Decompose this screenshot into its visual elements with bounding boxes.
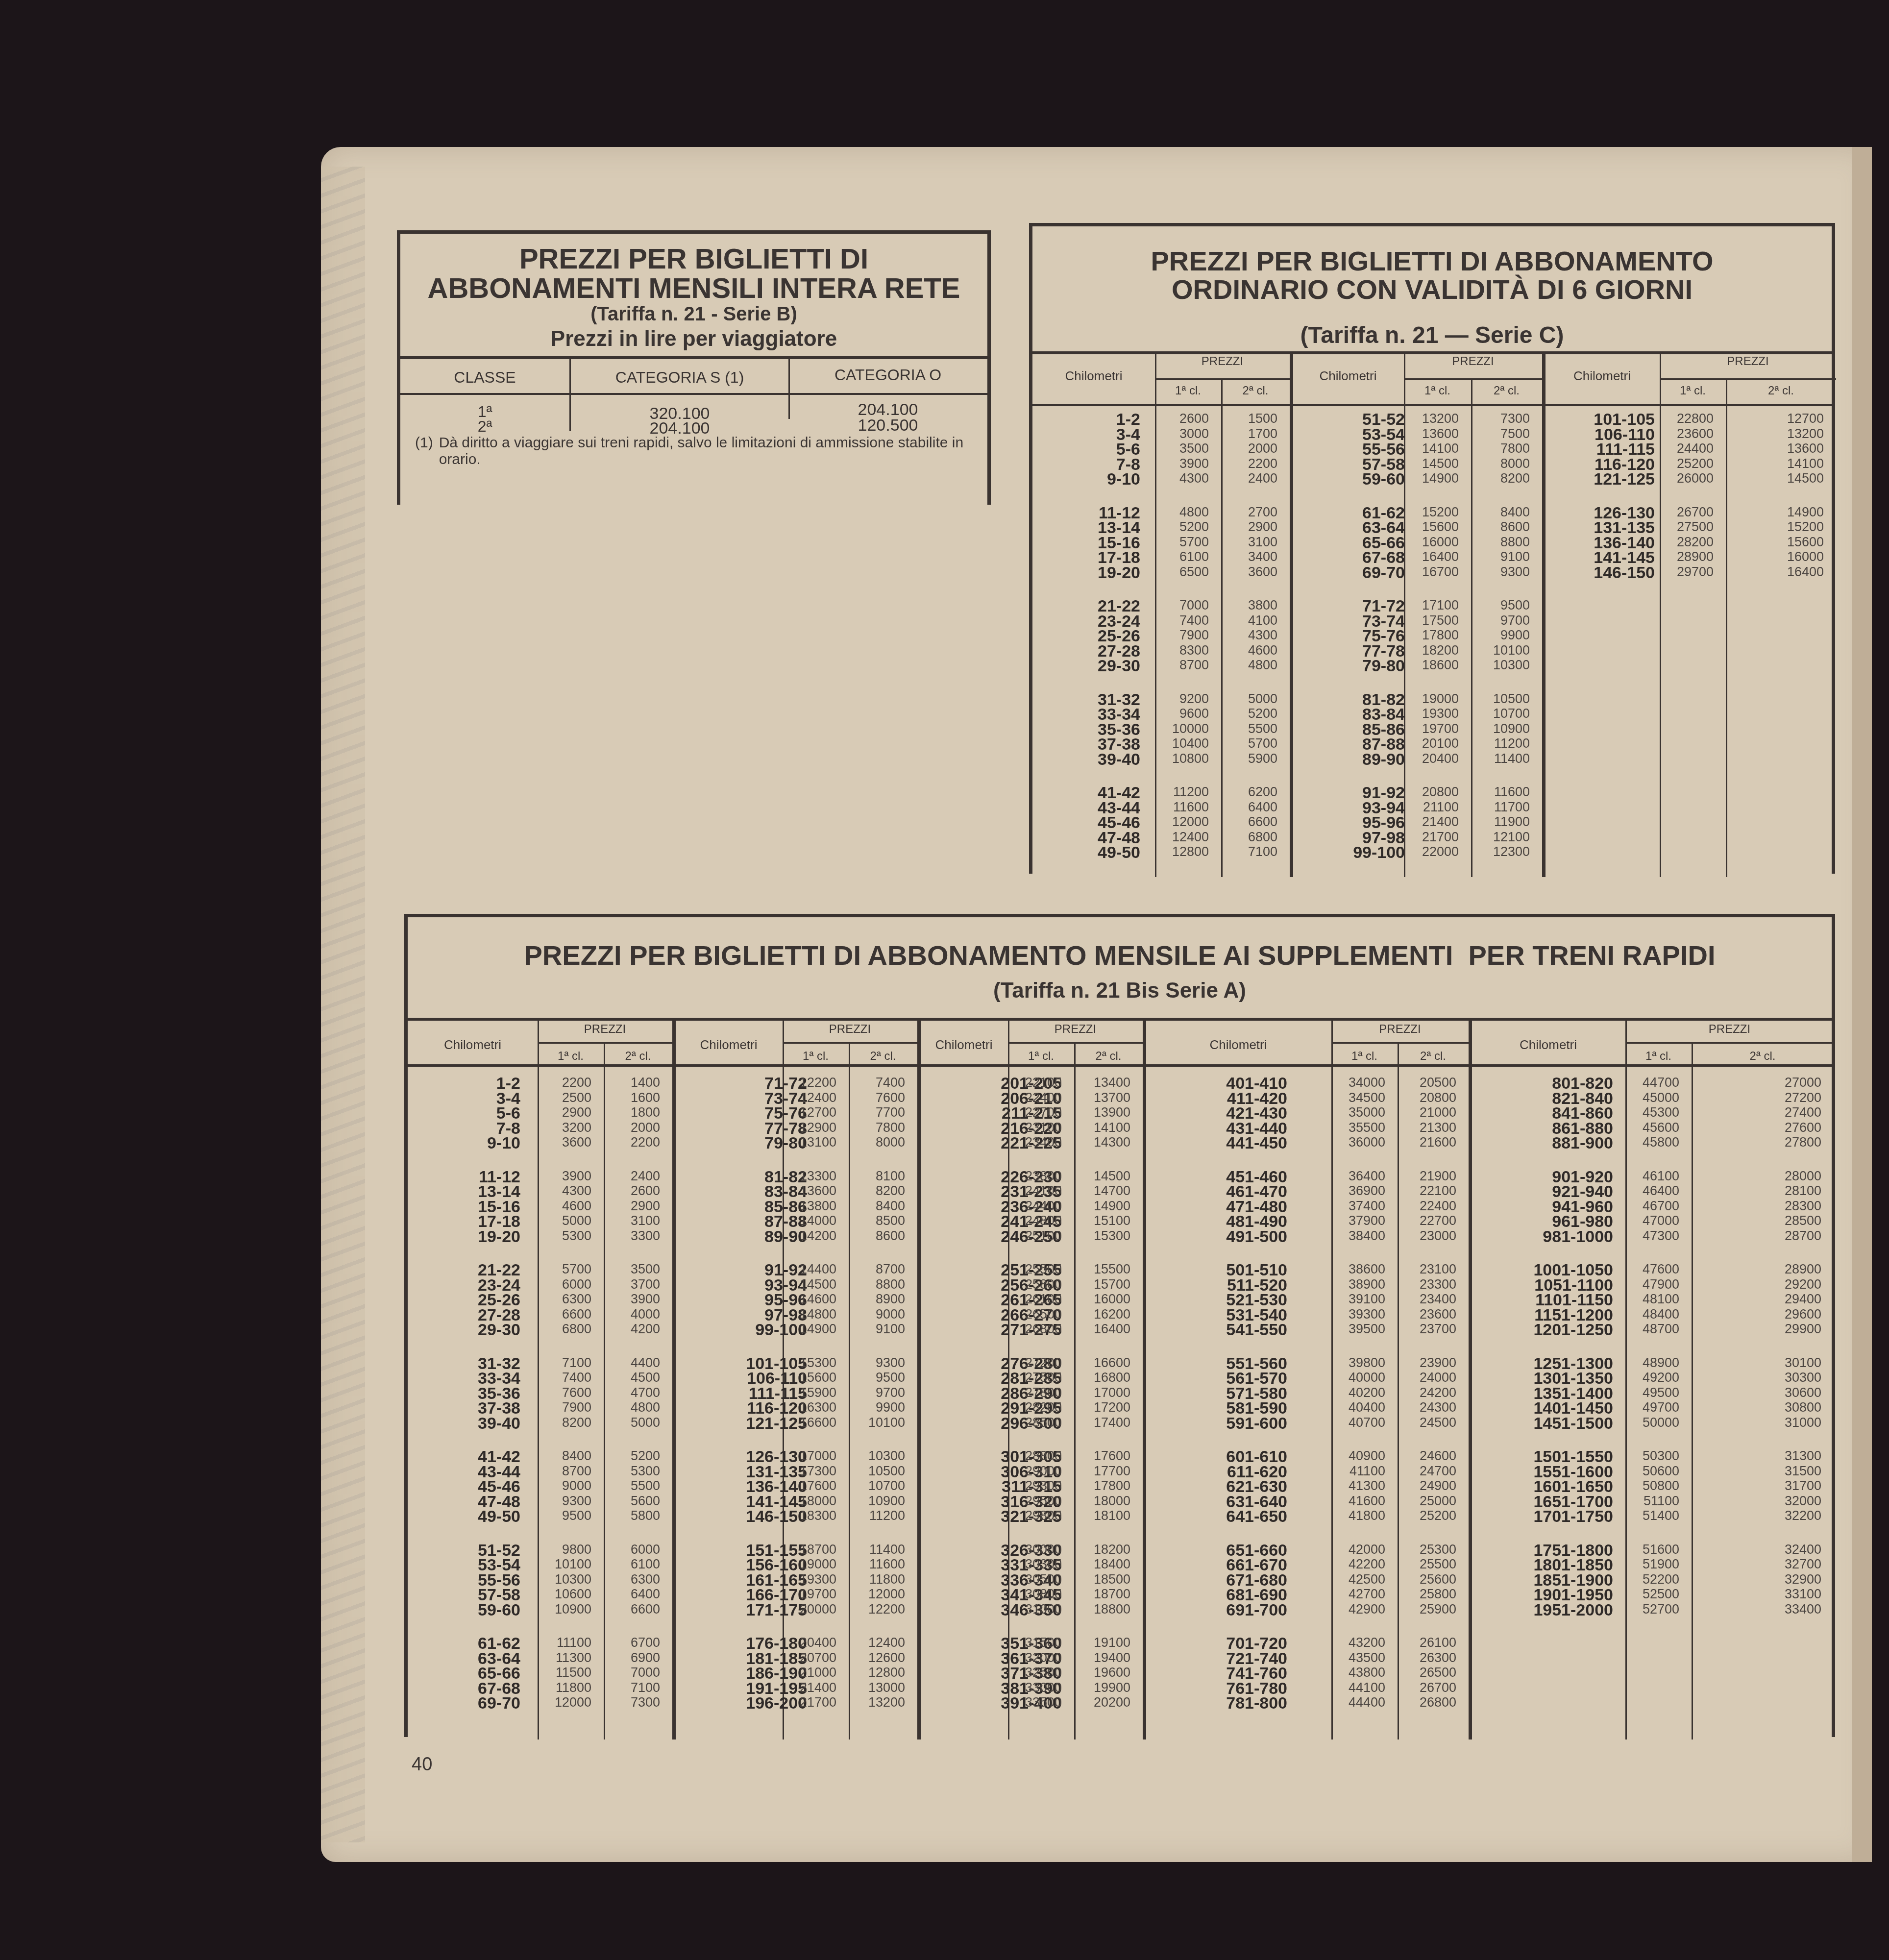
price-1-cl: 36400 xyxy=(1331,1169,1385,1184)
table-a-title: PREZZI PER BIGLIETTI DI ABBONAMENTO MENS… xyxy=(408,939,1832,971)
price-2-cl: 28500 xyxy=(1692,1213,1821,1228)
price-1-cl: 2600 xyxy=(1155,411,1209,426)
price-1-cl: 24100 xyxy=(1008,1183,1062,1199)
price-1-cl: 15600 xyxy=(783,1370,836,1385)
price-1-cl: 12700 xyxy=(783,1105,836,1120)
price-1-cl: 22700 xyxy=(1008,1105,1062,1120)
price-2-cl: 25800 xyxy=(1398,1587,1456,1602)
price-2-cl: 3800 xyxy=(1221,598,1277,613)
price-2-cl: 14500 xyxy=(1074,1169,1130,1184)
price-2-cl: 8500 xyxy=(849,1213,905,1228)
table-b-subtitle: (Tariffa n. 21 - Serie B) xyxy=(400,303,987,325)
price-1-cl: 4800 xyxy=(1155,505,1209,520)
price-2-cl: 13400 xyxy=(1074,1075,1130,1090)
km-range: 29-30 xyxy=(1032,657,1140,676)
price-1-cl: 3900 xyxy=(538,1169,591,1184)
price-2-cl: 23300 xyxy=(1398,1277,1456,1292)
price-2-cl: 2900 xyxy=(604,1199,660,1214)
price-1-cl: 27200 xyxy=(1008,1355,1062,1371)
price-1-cl: 10900 xyxy=(538,1602,591,1617)
footnote-marker: (1) xyxy=(415,435,433,468)
price-1-cl: 14900 xyxy=(783,1322,836,1337)
price-1-cl: 20100 xyxy=(1404,736,1459,751)
price-1-cl: 38600 xyxy=(1331,1262,1385,1277)
table-b-cat-o-2: 120.500 xyxy=(790,416,986,435)
header-1-cl: 1ª cl. xyxy=(1660,384,1726,398)
price-2-cl: 12800 xyxy=(849,1665,905,1680)
price-2-cl: 32700 xyxy=(1692,1557,1821,1572)
price-2-cl: 7100 xyxy=(1221,844,1277,859)
km-range: 1201-1250 xyxy=(1471,1321,1613,1340)
price-1-cl: 14000 xyxy=(783,1213,836,1228)
price-2-cl: 24700 xyxy=(1398,1464,1456,1479)
price-2-cl: 18500 xyxy=(1074,1572,1130,1587)
km-range: 49-50 xyxy=(408,1507,520,1526)
km-range: 146-150 xyxy=(1545,563,1655,583)
price-1-cl: 21000 xyxy=(783,1665,836,1680)
price-1-cl: 9500 xyxy=(538,1508,591,1523)
price-2-cl: 18400 xyxy=(1074,1557,1130,1572)
price-2-cl: 7700 xyxy=(849,1105,905,1120)
price-2-cl: 8600 xyxy=(849,1228,905,1244)
table-c-rule-header xyxy=(1032,404,1832,406)
price-1-cl: 16300 xyxy=(783,1400,836,1415)
km-range: 541-550 xyxy=(1145,1321,1287,1340)
header-prezzi: PREZZI xyxy=(783,1023,917,1036)
price-1-cl: 33500 xyxy=(1008,1695,1062,1710)
price-2-cl: 6800 xyxy=(1221,830,1277,845)
price-1-cl: 26500 xyxy=(1008,1307,1062,1322)
price-2-cl: 5900 xyxy=(1221,751,1277,766)
price-1-cl: 7000 xyxy=(1155,598,1209,613)
price-2-cl: 6000 xyxy=(604,1542,660,1557)
price-1-cl: 32000 xyxy=(1008,1650,1062,1666)
price-1-cl: 45000 xyxy=(1625,1090,1679,1105)
price-2-cl: 29900 xyxy=(1692,1322,1821,1337)
km-range: 29-30 xyxy=(408,1321,520,1340)
price-1-cl: 7900 xyxy=(538,1400,591,1415)
price-2-cl: 11600 xyxy=(1471,784,1530,800)
price-1-cl: 41100 xyxy=(1331,1464,1385,1479)
price-2-cl: 19100 xyxy=(1074,1635,1130,1650)
price-1-cl: 29500 xyxy=(1008,1494,1062,1509)
price-1-cl: 42200 xyxy=(1331,1557,1385,1572)
price-1-cl: 17300 xyxy=(783,1464,836,1479)
header-2-cl: 2ª cl. xyxy=(1398,1050,1469,1063)
table-b-subtitle2: Prezzi in lire per viaggiatore xyxy=(400,327,987,351)
price-1-cl: 14500 xyxy=(783,1277,836,1292)
price-2-cl: 9700 xyxy=(1471,613,1530,628)
price-1-cl: 28200 xyxy=(1660,535,1714,550)
price-1-cl: 43500 xyxy=(1331,1650,1385,1666)
table-b-classe-2: 2ª xyxy=(400,417,569,436)
table-c-title-line2: ORDINARIO CON VALIDITÀ DI 6 GIORNI xyxy=(1032,273,1832,305)
price-2-cl: 23000 xyxy=(1398,1228,1456,1244)
price-2-cl: 9100 xyxy=(1471,549,1530,564)
price-2-cl: 3400 xyxy=(1221,549,1277,564)
price-2-cl: 25200 xyxy=(1398,1508,1456,1523)
price-1-cl: 40900 xyxy=(1331,1448,1385,1464)
price-2-cl: 7000 xyxy=(604,1665,660,1680)
price-1-cl: 20400 xyxy=(783,1635,836,1650)
header-2-cl: 2ª cl. xyxy=(1221,384,1290,398)
price-2-cl: 17700 xyxy=(1074,1464,1130,1479)
price-2-cl: 4800 xyxy=(604,1400,660,1415)
price-2-cl: 13600 xyxy=(1726,441,1824,456)
price-1-cl: 45300 xyxy=(1625,1105,1679,1120)
price-1-cl: 12400 xyxy=(1155,830,1209,845)
price-1-cl: 30800 xyxy=(1008,1587,1062,1602)
price-1-cl: 9600 xyxy=(1155,706,1209,721)
header-1-cl: 1ª cl. xyxy=(783,1050,849,1063)
price-2-cl: 5000 xyxy=(604,1415,660,1430)
price-1-cl: 7100 xyxy=(538,1355,591,1371)
price-2-cl: 22100 xyxy=(1398,1183,1456,1199)
price-2-cl: 14900 xyxy=(1726,505,1824,520)
price-1-cl: 23800 xyxy=(1008,1169,1062,1184)
price-1-cl: 25500 xyxy=(1008,1262,1062,1277)
footnote-text: Dà diritto a viaggiare sui treni rapidi,… xyxy=(439,435,979,468)
table-c-title-line1: PREZZI PER BIGLIETTI DI ABBONAMENTO xyxy=(1032,245,1832,277)
price-2-cl: 16400 xyxy=(1726,564,1824,580)
header-chilometri: Chilometri xyxy=(408,1037,538,1053)
header-chilometri: Chilometri xyxy=(1545,368,1660,384)
table-b-header-cat-o: CATEGORIA O xyxy=(790,366,986,384)
price-1-cl: 46100 xyxy=(1625,1169,1679,1184)
price-1-cl: 21100 xyxy=(1404,800,1459,815)
table-a-rule-header xyxy=(408,1064,1832,1067)
km-range: 641-650 xyxy=(1145,1507,1287,1526)
price-2-cl: 25000 xyxy=(1398,1494,1456,1509)
price-2-cl: 9900 xyxy=(1471,628,1530,643)
header-prezzi: PREZZI xyxy=(1155,355,1290,368)
price-1-cl: 10800 xyxy=(1155,751,1209,766)
price-2-cl: 9500 xyxy=(849,1370,905,1385)
price-1-cl: 14900 xyxy=(1404,471,1459,486)
price-1-cl: 21700 xyxy=(1404,830,1459,845)
km-range: 99-100 xyxy=(1292,843,1405,862)
price-1-cl: 44400 xyxy=(1331,1695,1385,1710)
price-1-cl: 38900 xyxy=(1331,1277,1385,1292)
km-range: 39-40 xyxy=(408,1414,520,1433)
price-2-cl: 21000 xyxy=(1398,1105,1456,1120)
price-2-cl: 3100 xyxy=(604,1213,660,1228)
prezzi-subrule xyxy=(1625,1042,1834,1044)
price-1-cl: 48900 xyxy=(1625,1355,1679,1371)
price-1-cl: 2200 xyxy=(538,1075,591,1090)
price-2-cl: 3700 xyxy=(604,1277,660,1292)
price-1-cl: 13100 xyxy=(783,1135,836,1150)
price-1-cl: 51100 xyxy=(1625,1494,1679,1509)
price-2-cl: 13000 xyxy=(849,1680,905,1695)
price-2-cl: 24300 xyxy=(1398,1400,1456,1415)
price-1-cl: 22100 xyxy=(1008,1075,1062,1090)
price-2-cl: 10100 xyxy=(849,1415,905,1430)
price-2-cl: 8400 xyxy=(849,1199,905,1214)
price-1-cl: 42700 xyxy=(1331,1587,1385,1602)
price-2-cl: 8800 xyxy=(1471,535,1530,550)
price-2-cl: 5000 xyxy=(1221,691,1277,707)
price-1-cl: 27500 xyxy=(1660,519,1714,535)
table-b-title-line1: PREZZI PER BIGLIETTI DI xyxy=(400,243,987,275)
price-1-cl: 45600 xyxy=(1625,1120,1679,1135)
price-2-cl: 5300 xyxy=(604,1464,660,1479)
price-1-cl: 26800 xyxy=(1008,1322,1062,1337)
prezzi-subrule xyxy=(1008,1042,1143,1044)
km-range: 79-80 xyxy=(1292,657,1405,676)
price-1-cl: 29800 xyxy=(1008,1508,1062,1523)
price-2-cl: 24200 xyxy=(1398,1385,1456,1400)
km-range: 121-125 xyxy=(1545,470,1655,489)
price-2-cl: 25900 xyxy=(1398,1602,1456,1617)
price-1-cl: 19000 xyxy=(1404,691,1459,707)
price-1-cl: 7400 xyxy=(538,1370,591,1385)
price-1-cl: 5700 xyxy=(1155,535,1209,550)
price-1-cl: 9000 xyxy=(538,1478,591,1494)
price-1-cl: 10100 xyxy=(538,1557,591,1572)
price-2-cl: 7300 xyxy=(604,1695,660,1710)
price-2-cl: 26300 xyxy=(1398,1650,1456,1666)
price-2-cl: 6100 xyxy=(604,1557,660,1572)
price-1-cl: 47300 xyxy=(1625,1228,1679,1244)
price-2-cl: 7800 xyxy=(1471,441,1530,456)
prezzi-subrule xyxy=(1155,378,1290,380)
price-2-cl: 8000 xyxy=(1471,456,1530,471)
price-2-cl: 20500 xyxy=(1398,1075,1456,1090)
price-1-cl: 29000 xyxy=(1008,1464,1062,1479)
price-2-cl: 1700 xyxy=(1221,426,1277,441)
price-2-cl: 33400 xyxy=(1692,1602,1821,1617)
price-1-cl: 9300 xyxy=(538,1494,591,1509)
price-1-cl: 13300 xyxy=(783,1169,836,1184)
price-1-cl: 23400 xyxy=(1008,1135,1062,1150)
price-1-cl: 42500 xyxy=(1331,1572,1385,1587)
price-1-cl: 17100 xyxy=(1404,598,1459,613)
price-2-cl: 16200 xyxy=(1074,1307,1130,1322)
price-2-cl: 2000 xyxy=(604,1120,660,1135)
price-2-cl: 14300 xyxy=(1074,1135,1130,1150)
price-2-cl: 10300 xyxy=(849,1448,905,1464)
header-2-cl: 2ª cl. xyxy=(1692,1050,1834,1063)
price-2-cl: 2900 xyxy=(1221,519,1277,535)
price-2-cl: 28100 xyxy=(1692,1183,1821,1199)
header-1-cl: 1ª cl. xyxy=(1625,1050,1692,1063)
price-2-cl: 1500 xyxy=(1221,411,1277,426)
price-1-cl: 47900 xyxy=(1625,1277,1679,1292)
price-2-cl: 6400 xyxy=(1221,800,1277,815)
price-2-cl: 31000 xyxy=(1692,1415,1821,1430)
km-range: 1451-1500 xyxy=(1471,1414,1613,1433)
page-edge-left xyxy=(321,167,365,1842)
price-1-cl: 40200 xyxy=(1331,1385,1385,1400)
price-2-cl: 7300 xyxy=(1471,411,1530,426)
price-2-cl: 10500 xyxy=(1471,691,1530,707)
price-2-cl: 2400 xyxy=(604,1169,660,1184)
price-2-cl: 11200 xyxy=(849,1508,905,1523)
table-serie-b: PREZZI PER BIGLIETTI DI ABBONAMENTI MENS… xyxy=(397,230,991,505)
price-1-cl: 20000 xyxy=(783,1602,836,1617)
price-2-cl: 18700 xyxy=(1074,1587,1130,1602)
price-2-cl: 12300 xyxy=(1471,844,1530,859)
price-2-cl: 4400 xyxy=(604,1355,660,1371)
price-1-cl: 49500 xyxy=(1625,1385,1679,1400)
price-1-cl: 42000 xyxy=(1331,1542,1385,1557)
price-1-cl: 41300 xyxy=(1331,1478,1385,1494)
price-2-cl: 3100 xyxy=(1221,535,1277,550)
price-1-cl: 10600 xyxy=(538,1587,591,1602)
price-2-cl: 6200 xyxy=(1221,784,1277,800)
price-1-cl: 12000 xyxy=(1155,814,1209,830)
price-1-cl: 44100 xyxy=(1331,1680,1385,1695)
price-2-cl: 15100 xyxy=(1074,1213,1130,1228)
price-2-cl: 3300 xyxy=(604,1228,660,1244)
header-chilometri: Chilometri xyxy=(1145,1037,1331,1053)
prezzi-subrule xyxy=(538,1042,672,1044)
price-2-cl: 11900 xyxy=(1471,814,1530,830)
price-2-cl: 8000 xyxy=(849,1135,905,1150)
price-2-cl: 24900 xyxy=(1398,1478,1456,1494)
price-2-cl: 18200 xyxy=(1074,1542,1130,1557)
price-1-cl: 23100 xyxy=(1008,1120,1062,1135)
price-2-cl: 9300 xyxy=(1471,564,1530,580)
price-1-cl: 19300 xyxy=(783,1572,836,1587)
price-2-cl: 26500 xyxy=(1398,1665,1456,1680)
table-serie-a-bis: PREZZI PER BIGLIETTI DI ABBONAMENTO MENS… xyxy=(404,914,1835,1737)
price-1-cl: 50600 xyxy=(1625,1464,1679,1479)
price-2-cl: 4200 xyxy=(604,1322,660,1337)
price-1-cl: 11800 xyxy=(538,1680,591,1695)
price-1-cl: 31000 xyxy=(1008,1602,1062,1617)
price-1-cl: 2500 xyxy=(538,1090,591,1105)
price-1-cl: 23600 xyxy=(1660,426,1714,441)
price-1-cl: 32500 xyxy=(1008,1665,1062,1680)
price-2-cl: 22700 xyxy=(1398,1213,1456,1228)
price-2-cl: 11400 xyxy=(1471,751,1530,766)
price-1-cl: 46400 xyxy=(1625,1183,1679,1199)
price-1-cl: 3500 xyxy=(1155,441,1209,456)
price-1-cl: 37900 xyxy=(1331,1213,1385,1228)
price-1-cl: 48700 xyxy=(1625,1322,1679,1337)
price-1-cl: 36900 xyxy=(1331,1183,1385,1199)
price-1-cl: 38400 xyxy=(1331,1228,1385,1244)
price-1-cl: 35000 xyxy=(1331,1105,1385,1120)
table-b-rule-top xyxy=(400,356,987,359)
price-2-cl: 32200 xyxy=(1692,1508,1821,1523)
price-2-cl: 19600 xyxy=(1074,1665,1130,1680)
price-2-cl: 10900 xyxy=(849,1494,905,1509)
price-2-cl: 4300 xyxy=(1221,628,1277,643)
price-2-cl: 6300 xyxy=(604,1572,660,1587)
price-2-cl: 12600 xyxy=(849,1650,905,1666)
price-2-cl: 30100 xyxy=(1692,1355,1821,1371)
header-prezzi: PREZZI xyxy=(538,1023,672,1036)
price-2-cl: 21600 xyxy=(1398,1135,1456,1150)
price-2-cl: 2000 xyxy=(1221,441,1277,456)
price-1-cl: 27500 xyxy=(1008,1370,1062,1385)
price-1-cl: 28800 xyxy=(1008,1448,1062,1464)
price-1-cl: 7900 xyxy=(1155,628,1209,643)
price-2-cl: 13200 xyxy=(849,1695,905,1710)
price-2-cl: 14900 xyxy=(1074,1199,1130,1214)
price-1-cl: 11300 xyxy=(538,1650,591,1666)
header-prezzi: PREZZI xyxy=(1331,1023,1469,1036)
prezzi-subrule xyxy=(1404,378,1542,380)
price-1-cl: 3200 xyxy=(538,1120,591,1135)
price-1-cl: 52500 xyxy=(1625,1587,1679,1602)
price-2-cl: 5500 xyxy=(604,1478,660,1494)
price-1-cl: 13600 xyxy=(1404,426,1459,441)
header-1-cl: 1ª cl. xyxy=(1008,1050,1074,1063)
price-2-cl: 8600 xyxy=(1471,519,1530,535)
price-1-cl: 10400 xyxy=(1155,736,1209,751)
price-2-cl: 21300 xyxy=(1398,1120,1456,1135)
price-1-cl: 6600 xyxy=(538,1307,591,1322)
price-2-cl: 17200 xyxy=(1074,1400,1130,1415)
price-1-cl: 40700 xyxy=(1331,1415,1385,1430)
price-2-cl: 2200 xyxy=(1221,456,1277,471)
price-2-cl: 9100 xyxy=(849,1322,905,1337)
header-chilometri: Chilometri xyxy=(1471,1037,1625,1053)
price-1-cl: 52700 xyxy=(1625,1602,1679,1617)
price-1-cl: 17000 xyxy=(783,1448,836,1464)
price-2-cl: 4700 xyxy=(604,1385,660,1400)
price-1-cl: 46700 xyxy=(1625,1199,1679,1214)
price-1-cl: 3900 xyxy=(1155,456,1209,471)
price-1-cl: 17800 xyxy=(1404,628,1459,643)
price-1-cl: 16400 xyxy=(1404,549,1459,564)
price-2-cl: 12700 xyxy=(1726,411,1824,426)
price-2-cl: 26800 xyxy=(1398,1695,1456,1710)
km-range: 881-900 xyxy=(1471,1134,1613,1153)
price-2-cl: 25600 xyxy=(1398,1572,1456,1587)
price-1-cl: 9800 xyxy=(538,1542,591,1557)
price-2-cl: 10100 xyxy=(1471,643,1530,658)
price-1-cl: 28500 xyxy=(1008,1415,1062,1430)
price-1-cl: 39100 xyxy=(1331,1292,1385,1307)
price-1-cl: 47000 xyxy=(1625,1213,1679,1228)
price-1-cl: 10000 xyxy=(1155,721,1209,736)
price-2-cl: 11200 xyxy=(1471,736,1530,751)
price-2-cl: 2200 xyxy=(604,1135,660,1150)
price-2-cl: 9700 xyxy=(849,1385,905,1400)
price-2-cl: 26700 xyxy=(1398,1680,1456,1695)
price-2-cl: 17400 xyxy=(1074,1415,1130,1430)
table-serie-c: PREZZI PER BIGLIETTI DI ABBONAMENTO ORDI… xyxy=(1029,223,1835,874)
price-1-cl: 50800 xyxy=(1625,1478,1679,1494)
price-1-cl: 8400 xyxy=(538,1448,591,1464)
price-1-cl: 5200 xyxy=(1155,519,1209,535)
price-2-cl: 30800 xyxy=(1692,1400,1821,1415)
price-1-cl: 4300 xyxy=(1155,471,1209,486)
km-range: 49-50 xyxy=(1032,843,1140,862)
price-2-cl: 25500 xyxy=(1398,1557,1456,1572)
km-range: 691-700 xyxy=(1145,1601,1287,1620)
price-2-cl: 24600 xyxy=(1398,1448,1456,1464)
price-1-cl: 18000 xyxy=(783,1494,836,1509)
price-1-cl: 34500 xyxy=(1331,1090,1385,1105)
price-1-cl: 40400 xyxy=(1331,1400,1385,1415)
header-2-cl: 2ª cl. xyxy=(849,1050,917,1063)
price-2-cl: 32400 xyxy=(1692,1542,1821,1557)
price-2-cl: 3900 xyxy=(604,1292,660,1307)
price-1-cl: 7600 xyxy=(538,1385,591,1400)
price-1-cl: 19700 xyxy=(1404,721,1459,736)
price-2-cl: 14500 xyxy=(1726,471,1824,486)
price-2-cl: 10700 xyxy=(849,1478,905,1494)
prezzi-subrule xyxy=(783,1042,917,1044)
page-edge-right xyxy=(1852,147,1872,1862)
price-2-cl: 9000 xyxy=(849,1307,905,1322)
